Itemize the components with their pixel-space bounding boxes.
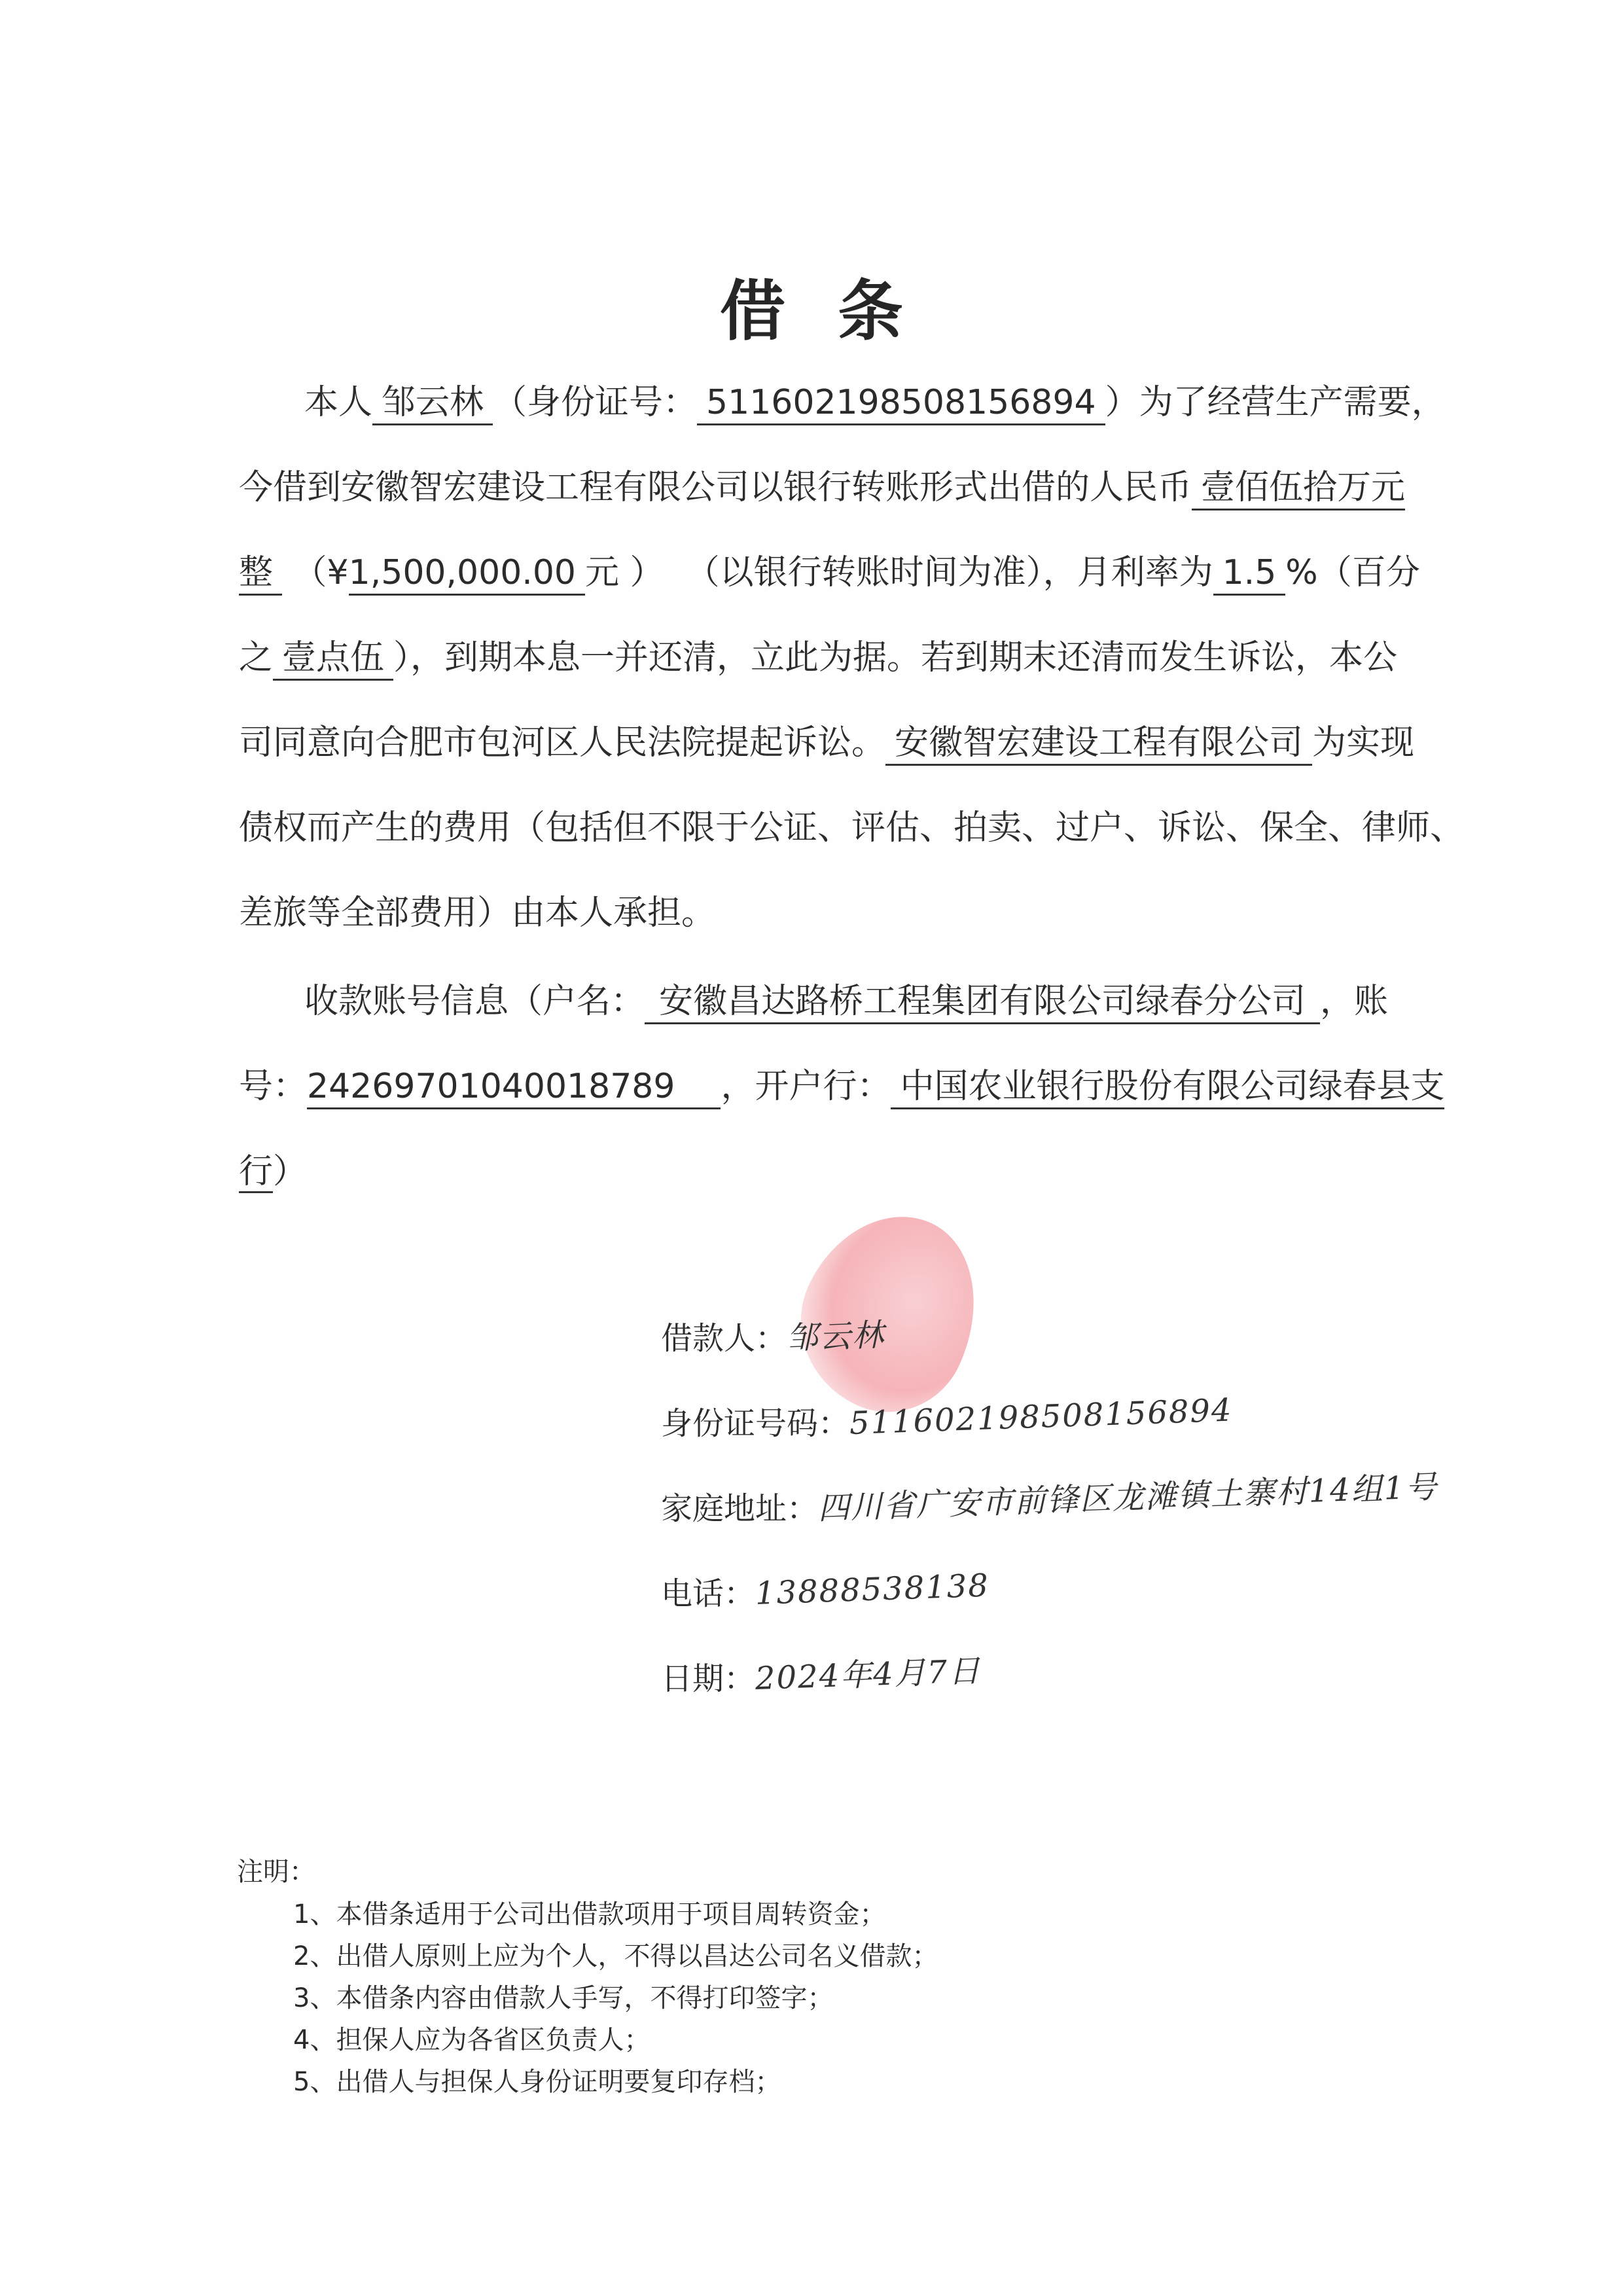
text-segment: 收款账号信息（户名： (304, 982, 645, 1021)
account-name-field: 安徽昌达路桥工程集团有限公司绿春分公司 (645, 982, 1320, 1024)
handwritten-phone: 13888538138 (755, 1563, 990, 1617)
id-number-field: 511602198508156894 (697, 383, 1105, 425)
text-segment: %（百分 (1285, 553, 1419, 592)
amount-words-field: 壹佰伍拾万元 (1192, 468, 1405, 511)
paragraph1-line3: 整 （¥1,500,000.00元 ） （以银行转账时间为准），月利率为1.5%… (239, 550, 1374, 596)
text-segment: （身份证号： (493, 383, 697, 422)
signature-borrower-row: 借款人：邹云林 (661, 1316, 885, 1361)
signature-phone-row: 电话：13888538138 (661, 1571, 990, 1617)
id-label: 身份证号码： (661, 1405, 849, 1442)
account-number-field: 24269701040018789 (307, 1067, 721, 1109)
signature-date-row: 日期：2024年4月7日 (661, 1656, 981, 1702)
phone-label: 电话： (661, 1575, 755, 1612)
document-title: 借条 (0, 259, 1623, 353)
note-item: 1、本借条适用于公司出借款项用于项目周转资金； (293, 1896, 885, 1933)
handwritten-date: 2024年4月7日 (755, 1648, 982, 1702)
text-segment: ） (273, 1152, 307, 1191)
note-item: 4、担保人应为各省区负责人； (293, 2022, 650, 2058)
amount-number-field: 1,500,000.00 (349, 553, 585, 596)
title-char-1: 借 (720, 273, 838, 350)
note-item: 2、出借人原则上应为个人，不得以昌达公司名义借款； (293, 1938, 938, 1975)
note-item: 3、本借条内容由借款人手写，不得打印签字； (293, 1980, 833, 2017)
borrower-label: 借款人： (661, 1320, 787, 1357)
amount-words-field-cont: 整 (239, 553, 282, 596)
date-label: 日期： (661, 1660, 755, 1697)
text-segment: 今借到安徽智宏建设工程有限公司以银行转账形式出借的人民币 (239, 468, 1192, 507)
note-item: 5、出借人与担保人身份证明要复印存档； (293, 2064, 781, 2100)
signature-address-row: 家庭地址：四川省广安市前锋区龙滩镇土寨村14组1号 (661, 1486, 1438, 1532)
paragraph1-line6: 债权而产生的费用（包括但不限于公证、评估、拍卖、过户、诉讼、保全、律师、 (239, 805, 1374, 851)
text-segment: ，开户行： (721, 1067, 891, 1106)
address-label: 家庭地址： (661, 1490, 818, 1527)
paragraph2-line3: 行） (239, 1149, 1374, 1194)
handwritten-borrower-signature: 邹云林 (786, 1312, 885, 1361)
monthly-rate-field: 1.5 (1213, 553, 1286, 596)
text-segment: 元 ） (585, 553, 664, 592)
text-segment: 本人 (304, 383, 372, 422)
text-segment: ，账 (1320, 982, 1388, 1021)
text-segment: 为实现 (1312, 723, 1414, 762)
text-segment: ）为了经营生产需要， (1105, 383, 1446, 422)
title-char-2: 条 (838, 273, 903, 350)
text-segment: 差旅等全部费用）由本人承担。 (239, 893, 715, 933)
creditor-field: 安徽智宏建设工程有限公司 (885, 723, 1312, 766)
text-segment: ），到期本息一并还清，立此为据。若到期末还清而发生诉讼，本公 (393, 638, 1397, 677)
paragraph1-line7: 差旅等全部费用）由本人承担。 (239, 890, 1374, 936)
paragraph2-line2: 号：24269701040018789，开户行：中国农业银行股份有限公司绿春县支 (239, 1064, 1374, 1109)
text-segment: 之 (239, 638, 273, 677)
signature-id-row: 身份证号码：511602198508156894 (661, 1401, 1233, 1446)
notes-title: 注明： (237, 1854, 315, 1890)
text-segment: （¥ (293, 553, 349, 592)
paragraph1-line1: 本人邹云林（身份证号：511602198508156894）为了经营生产需要， (304, 380, 1374, 425)
paragraph1-line4: 之壹点伍），到期本息一并还清，立此为据。若到期末还清而发生诉讼，本公 (239, 635, 1374, 681)
rate-words-field: 壹点伍 (273, 638, 393, 681)
bank-name-field: 中国农业银行股份有限公司绿春县支 (891, 1067, 1444, 1109)
text-segment: 号： (239, 1067, 307, 1106)
paragraph1-line2: 今借到安徽智宏建设工程有限公司以银行转账形式出借的人民币壹佰伍拾万元 (239, 465, 1374, 511)
bank-name-field-cont: 行 (239, 1152, 273, 1193)
handwritten-address: 四川省广安市前锋区龙滩镇土寨村14组1号 (817, 1464, 1438, 1532)
text-segment: 司同意向合肥市包河区人民法院提起诉讼。 (239, 723, 885, 762)
paragraph2-line1: 收款账号信息（户名：安徽昌达路桥工程集团有限公司绿春分公司，账 (304, 978, 1374, 1024)
paragraph1-line5: 司同意向合肥市包河区人民法院提起诉讼。安徽智宏建设工程有限公司为实现 (239, 720, 1374, 766)
loan-note-page: 借条 本人邹云林（身份证号：511602198508156894）为了经营生产需… (0, 0, 1623, 2296)
text-segment: （以银行转账时间为准），月利率为 (686, 553, 1213, 592)
borrower-name-field: 邹云林 (372, 383, 493, 425)
text-segment: 债权而产生的费用（包括但不限于公证、评估、拍卖、过户、诉讼、保全、律师、 (239, 808, 1464, 848)
